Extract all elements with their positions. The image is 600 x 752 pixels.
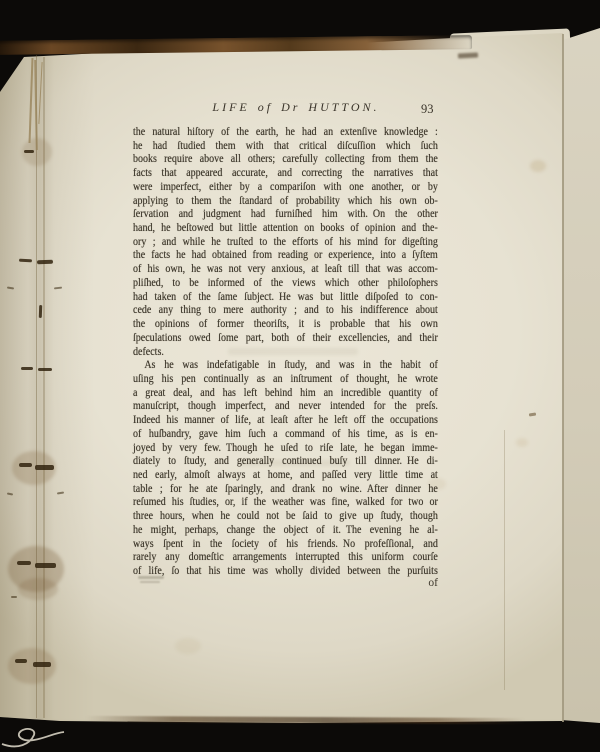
text-line: the natural hiſtory of the earth, he had… bbox=[133, 126, 438, 140]
text-line: diately to ſtudy, and generally continue… bbox=[133, 455, 438, 469]
text-line: defects. bbox=[133, 346, 438, 360]
text-line: table ; for he ate ſparingly, and drank … bbox=[133, 483, 438, 497]
loose-thread bbox=[0, 720, 70, 752]
binding-stitch bbox=[24, 150, 34, 153]
binding-stitch bbox=[37, 260, 53, 265]
page-crease bbox=[504, 430, 505, 690]
binding-stitch bbox=[21, 367, 33, 370]
text-line: books require above all others; carefull… bbox=[133, 153, 438, 167]
text-line: pliſhed, to be informed of the views whi… bbox=[133, 277, 438, 291]
text-line: of huſbandry, gave him ſuch a command of… bbox=[133, 428, 438, 442]
binding-stitch bbox=[35, 563, 56, 568]
foxing-spot bbox=[530, 160, 546, 172]
text-line: of his own, he was not very anxious, at … bbox=[133, 263, 438, 277]
binding-stitch bbox=[15, 659, 27, 663]
text-line: uſing his pen continually as an inſtrume… bbox=[133, 373, 438, 387]
text-line: Indeed his manner of life, at leaſt afte… bbox=[133, 414, 438, 428]
binding-stitch bbox=[33, 662, 51, 667]
text-line: ways ſpent in the ſociety of his friends… bbox=[133, 538, 438, 552]
text-line: cede any thing to mere authority ; and t… bbox=[133, 304, 438, 318]
text-line: ned early, almoſt always at home, and pa… bbox=[133, 469, 438, 483]
page-speck bbox=[458, 52, 478, 58]
text-line: facts that appeared accurate, and correc… bbox=[133, 167, 438, 181]
text-line: he had ſtudied them with that critical d… bbox=[133, 140, 438, 154]
foxing-spot bbox=[516, 438, 528, 447]
text-line: were imperfect, either by a compariſon w… bbox=[133, 181, 438, 195]
ink-fleck bbox=[11, 596, 17, 598]
text-line: ory ; and while he truſted to the effort… bbox=[133, 236, 438, 250]
catchword: of bbox=[133, 577, 438, 589]
text-line: rarely any domeſtic arrangements interru… bbox=[133, 551, 438, 565]
binding-stitch bbox=[19, 259, 32, 263]
binding-stitch bbox=[35, 465, 54, 470]
text-line: ſpeculations owed ſome part, both of the… bbox=[133, 332, 438, 346]
text-line: he might, perhaps, change the object of … bbox=[133, 524, 438, 538]
text-line: three hours, when he could not be ſaid t… bbox=[133, 510, 438, 524]
text-line: reſumed his ſtudies, or, if the weather … bbox=[133, 496, 438, 510]
text-line: applying to them the ſtandard of probabi… bbox=[133, 195, 438, 209]
text-line: manuſcript, though imperfect, and never … bbox=[133, 400, 438, 414]
binding-stain bbox=[18, 578, 58, 600]
page-edge-line bbox=[562, 34, 564, 722]
paragraph-1: the natural hiſtory of the earth, he had… bbox=[133, 126, 438, 359]
text-line: a great deal, and has left behind him an… bbox=[133, 387, 438, 401]
page-number: 93 bbox=[421, 102, 451, 117]
paragraph-2: As he was indefatigable in ſtudy, and wa… bbox=[133, 359, 438, 579]
foxing-spot bbox=[175, 638, 201, 654]
binding-stitch bbox=[19, 463, 32, 467]
book-photo: LIFE of Dr HUTTON. 93 the natural hiſtor… bbox=[0, 0, 600, 752]
running-title: LIFE of Dr HUTTON. bbox=[141, 100, 451, 115]
text-line: As he was indefatigable in ſtudy, and wa… bbox=[133, 359, 438, 373]
text-line: hand, he beſtowed but little attention o… bbox=[133, 222, 438, 236]
body-text: the natural hiſtory of the earth, he had… bbox=[133, 126, 493, 579]
binding-stitch bbox=[17, 561, 31, 565]
text-line: joyed by very few. Though he uſed to riſ… bbox=[133, 442, 438, 456]
text-line: ſervation and judgment had furniſhed him… bbox=[133, 208, 438, 222]
binding-stitch bbox=[39, 305, 42, 318]
binding-stitch bbox=[38, 368, 52, 371]
page-bottom-edge bbox=[85, 716, 525, 724]
text-line: had taken of the ſame ſubject. He was bu… bbox=[133, 291, 438, 305]
text-line: the opinions of former theoriſts, it is … bbox=[133, 318, 438, 332]
text-line: the facts he had obtained from reading o… bbox=[133, 249, 438, 263]
